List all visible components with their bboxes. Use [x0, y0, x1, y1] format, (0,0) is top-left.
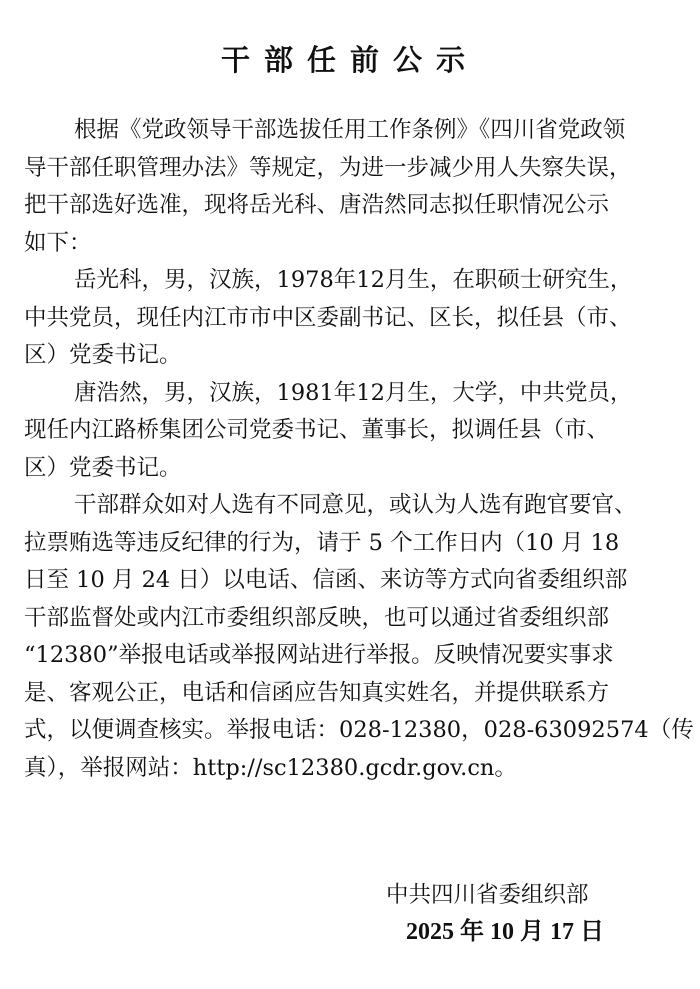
text-line: 日至 10 月 24 日）以电话、信函、来访等方式向省委组织部	[24, 562, 674, 600]
text-line: 根据《党政领导干部选拔任用工作条例》《四川省党政领	[24, 112, 674, 150]
text-line: 真），举报网站：http://sc12380.gcdr.gov.cn。	[24, 750, 674, 788]
text-line: 中共党员，现任内江市市中区委副书记、区长，拟任县（市、	[24, 300, 674, 338]
paragraph-feedback: 干部群众如对人选有不同意见，或认为人选有跑官要官、 拉票贿选等违反纪律的行为，请…	[24, 487, 674, 787]
text-line: 唐浩然，男，汉族，1981年12月生，大学，中共党员，	[24, 375, 674, 413]
signature-block: 中共四川省委组织部 2025 年 10 月 17 日	[386, 877, 604, 951]
text-line: 式，以便调查核实。举报电话：028-12380，028-63092574（传	[24, 712, 674, 750]
signature-date: 2025 年 10 月 17 日	[386, 914, 604, 951]
text-line: 如下：	[24, 225, 674, 263]
text-line: 把干部选好选准，现将岳光科、唐浩然同志拟任职情况公示	[24, 187, 674, 225]
signature-org: 中共四川省委组织部	[386, 877, 604, 914]
text-line: “12380”举报电话或举报网站进行举报。反映情况要实事求	[24, 637, 674, 675]
text-line: 导干部任职管理办法》等规定，为进一步减少用人失察失误，	[24, 150, 674, 188]
text-line: 是、客观公正，电话和信函应告知真实姓名，并提供联系方	[24, 675, 674, 713]
paragraph-candidate-1: 岳光科，男，汉族，1978年12月生，在职硕士研究生， 中共党员，现任内江市市中…	[24, 262, 674, 375]
text-line: 干部群众如对人选有不同意见，或认为人选有跑官要官、	[24, 487, 674, 525]
text-line: 拉票贿选等违反纪律的行为，请于 5 个工作日内（10 月 18	[24, 525, 674, 563]
document-body: 根据《党政领导干部选拔任用工作条例》《四川省党政领 导干部任职管理办法》等规定，…	[24, 112, 674, 787]
paragraph-candidate-2: 唐浩然，男，汉族，1981年12月生，大学，中共党员， 现任内江路桥集团公司党委…	[24, 375, 674, 488]
document-title: 干部任前公示	[0, 38, 700, 79]
paragraph-intro: 根据《党政领导干部选拔任用工作条例》《四川省党政领 导干部任职管理办法》等规定，…	[24, 112, 674, 262]
text-line: 区）党委书记。	[24, 450, 674, 488]
text-line: 干部监督处或内江市委组织部反映，也可以通过省委组织部	[24, 600, 674, 638]
text-line: 现任内江路桥集团公司党委书记、董事长，拟调任县（市、	[24, 412, 674, 450]
text-line: 岳光科，男，汉族，1978年12月生，在职硕士研究生，	[24, 262, 674, 300]
text-line: 区）党委书记。	[24, 337, 674, 375]
